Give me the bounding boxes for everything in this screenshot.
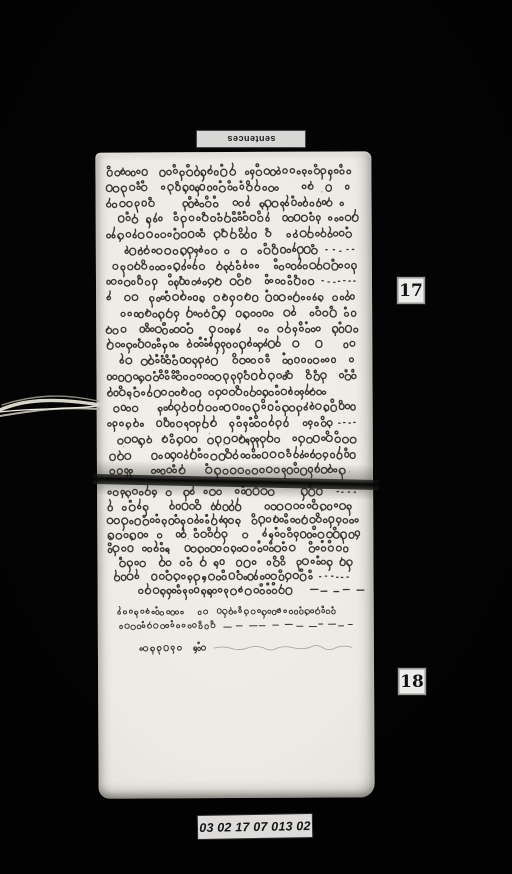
folio-18-text: 18 xyxy=(400,672,424,692)
caption-label-text: sentences xyxy=(227,134,276,144)
caption-label: sentences xyxy=(197,131,305,147)
folio-17-text: 17 xyxy=(399,281,423,301)
binding-thread xyxy=(0,390,104,428)
catalog-number-label: 03 02 17 07 013 02 xyxy=(198,814,312,839)
folio-number-17: 17 xyxy=(397,277,425,304)
manuscript-page xyxy=(95,151,374,798)
folio-number-18: 18 xyxy=(398,668,426,695)
catalog-number-text: 03 02 17 07 013 02 xyxy=(199,819,311,835)
manuscript-photo: sentences 17 18 03 02 17 07 013 02 xyxy=(0,0,512,874)
